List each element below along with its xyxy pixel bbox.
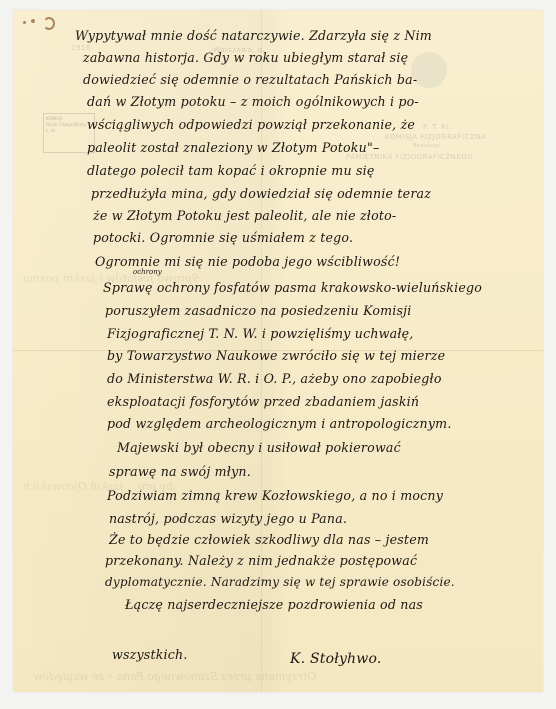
insertion-word: ochrony — [133, 268, 162, 276]
letter-line: Ogromnie mi się nie podoba jego wścibliw… — [95, 254, 400, 269]
letter-line: Sprawę ochrony fosfatów pasma krakowsko-… — [103, 280, 482, 295]
letter-line: poruszyłem zasadniczo na posiedzeniu Kom… — [105, 303, 412, 318]
letter-line: że w Złotym Potoku jest paleolit, ale ni… — [93, 208, 396, 223]
letter-line: dlatego polecił tam kopać i okropnie mu … — [87, 163, 375, 178]
letter-line: zabawna historja. Gdy w roku ubiegłym st… — [83, 50, 408, 65]
letter-line: nastrój, podczas wizyty jego u Pana. — [109, 511, 347, 526]
letter-line: dowiedzieć się odemnie o rezultatach Pań… — [83, 72, 417, 87]
letter-line: Majewski był obecny i usiłował pokierowa… — [117, 440, 401, 455]
letter-body: Wypytywał mnie dość natarczywie. Zdarzył… — [13, 10, 543, 692]
letter-line: Podziwiam zimną krew Kozłowskiego, a no … — [107, 488, 443, 503]
letter-line: Wypytywał mnie dość natarczywie. Zdarzył… — [75, 28, 432, 43]
letter-line: przekonany. Należy z nim jednakże postęp… — [105, 553, 417, 568]
letter-line: by Towarzystwo Naukowe zwróciło się w te… — [107, 348, 445, 363]
letter-line: Że to będzie człowiek szkodliwy dla nas … — [109, 532, 429, 547]
letter-line: Fizjograficznej T. N. W. i powzięliśmy u… — [107, 326, 414, 341]
letter-line: potocki. Ogromnie się uśmiałem z tego. — [93, 230, 353, 245]
letter-line: do Ministerstwa W. R. i O. P., ażeby ono… — [107, 371, 442, 386]
letter-line: pod względem archeologicznym i antropolo… — [107, 416, 452, 431]
letter-line: przedłużyła mina, gdy dowiedział się ode… — [91, 186, 431, 201]
letter-line: paleolit został znaleziony w Złotym Poto… — [87, 140, 379, 155]
letter-line: sprawę na swój młyn. — [109, 464, 251, 479]
letter-line: Łączę najserdeczniejsze pozdrowienia od … — [125, 597, 423, 612]
letter-line: dań w Złotym potoku – z moich ogólnikowy… — [87, 94, 419, 109]
letter-line: dyplomatycznie. Naradzimy się w tej spra… — [105, 575, 455, 589]
letter-line: eksploatacji fosforytów przed zbadaniem … — [107, 394, 419, 409]
letter-page: 1918 Warszawa, d. KOMISJA Wydz. Fizjogra… — [13, 10, 543, 692]
letter-line: wściągliwych odpowiedzi powziął przekona… — [87, 117, 415, 132]
